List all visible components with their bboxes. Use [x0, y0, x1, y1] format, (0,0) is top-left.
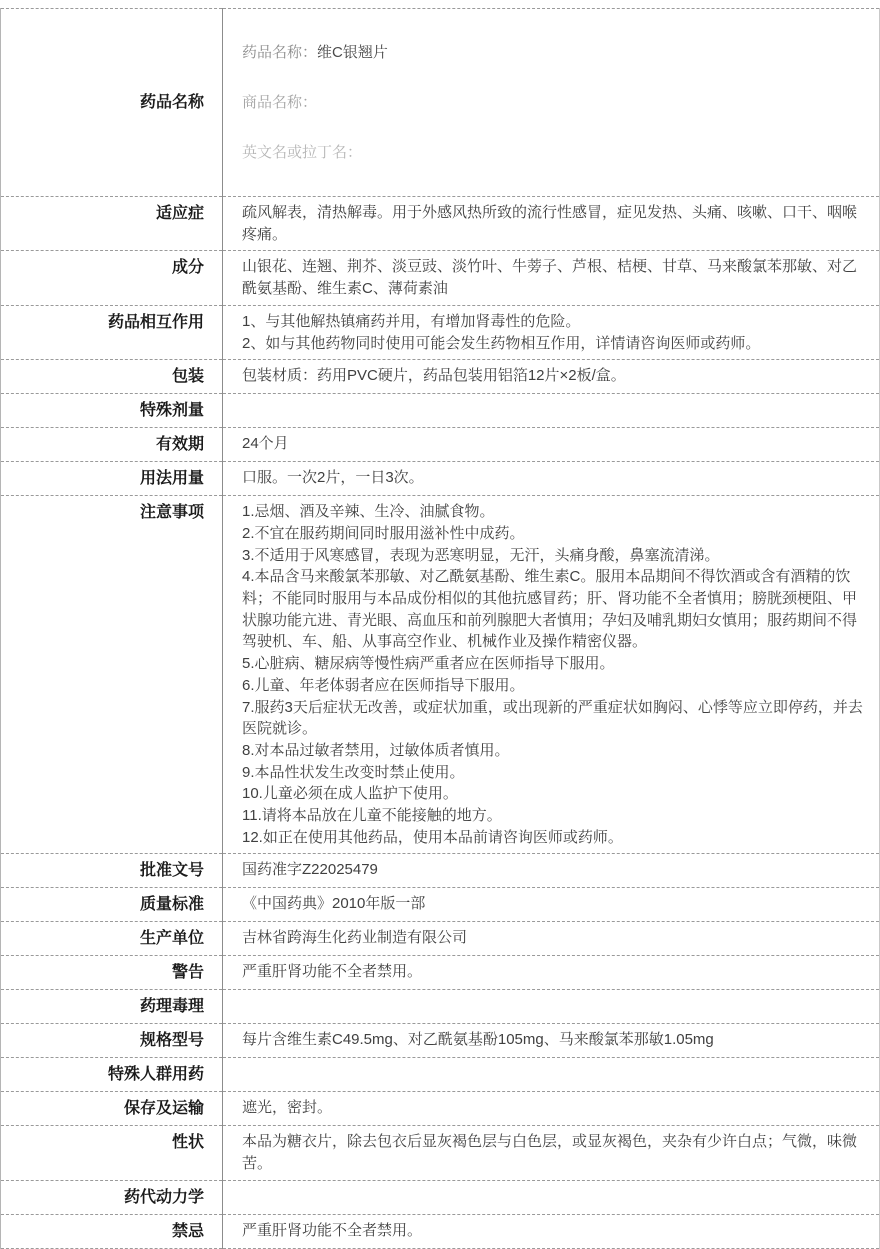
row-label: 批准文号	[1, 854, 223, 888]
row-label: 质量标准	[1, 888, 223, 922]
row-content	[223, 1058, 880, 1092]
table-row: 生产单位吉林省跨海生化药业制造有限公司	[1, 922, 880, 956]
row-label: 规格型号	[1, 1024, 223, 1058]
row-content: 严重肝肾功能不全者禁用。	[223, 956, 880, 990]
row-content	[223, 1180, 880, 1214]
table-row: 规格型号每片含维生素C49.5mg、对乙酰氨基酚105mg、马来酸氯苯那敏1.0…	[1, 1024, 880, 1058]
row-content: 口服。一次2片，一日3次。	[223, 462, 880, 496]
trade-name-prefix: 商品名称：	[242, 94, 317, 111]
table-row: 有效期24个月	[1, 428, 880, 462]
table-row: 警告严重肝肾功能不全者禁用。	[1, 956, 880, 990]
row-label: 包装	[1, 360, 223, 394]
row-content: 《中国药典》2010年版一部	[223, 888, 880, 922]
table-row: 适应症疏风解表，清热解毒。用于外感风热所致的流行性感冒，症见发热、头痛、咳嗽、口…	[1, 197, 880, 251]
row-label: 警告	[1, 956, 223, 990]
table-row: 药理毒理	[1, 990, 880, 1024]
drug-name-value: 维C银翘片	[317, 44, 388, 61]
row-label: 生产单位	[1, 922, 223, 956]
row-content: 严重肝肾功能不全者禁用。	[223, 1214, 880, 1248]
table-row: 性状本品为糖衣片，除去包衣后显灰褐色层与白色层，或显灰褐色，夹杂有少许白点；气微…	[1, 1126, 880, 1180]
latin-name-line: 英文名或拉丁名：	[242, 140, 865, 165]
row-label: 药品名称	[1, 9, 223, 197]
row-content	[223, 990, 880, 1024]
table-row: 质量标准《中国药典》2010年版一部	[1, 888, 880, 922]
row-content: 本品为糖衣片，除去包衣后显灰褐色层与白色层，或显灰褐色，夹杂有少许白点；气微，味…	[223, 1126, 880, 1180]
table-row-drug-name: 药品名称 药品名称：维C银翘片 商品名称： 英文名或拉丁名：	[1, 9, 880, 197]
trade-name-line: 商品名称：	[242, 90, 865, 115]
table-row: 禁忌严重肝肾功能不全者禁用。	[1, 1214, 880, 1248]
row-label: 特殊剂量	[1, 394, 223, 428]
table-row: 包装包装材质：药用PVC硬片，药品包装用铝箔12片×2板/盒。	[1, 360, 880, 394]
table-row: 注意事项1.忌烟、酒及辛辣、生冷、油腻食物。 2.不宜在服药期间同时服用滋补性中…	[1, 496, 880, 854]
latin-name-prefix: 英文名或拉丁名：	[242, 144, 362, 161]
table-row: 药代动力学	[1, 1180, 880, 1214]
row-label: 特殊人群用药	[1, 1058, 223, 1092]
table-row: 药品相互作用1、与其他解热镇痛药并用，有增加肾毒性的危险。 2、如与其他药物同时…	[1, 305, 880, 359]
drug-name-prefix: 药品名称：	[242, 44, 317, 61]
row-label: 性状	[1, 1126, 223, 1180]
drug-name-line: 药品名称：维C银翘片	[242, 40, 865, 65]
row-content: 疏风解表，清热解毒。用于外感风热所致的流行性感冒，症见发热、头痛、咳嗽、口干、咽…	[223, 197, 880, 251]
row-label: 禁忌	[1, 1214, 223, 1248]
row-content: 山银花、连翘、荆芥、淡豆豉、淡竹叶、牛蒡子、芦根、桔梗、甘草、马来酸氯苯那敏、对…	[223, 251, 880, 305]
table-row: 批准文号国药准字Z22025479	[1, 854, 880, 888]
row-content: 遮光，密封。	[223, 1092, 880, 1126]
row-content: 1、与其他解热镇痛药并用，有增加肾毒性的危险。 2、如与其他药物同时使用可能会发…	[223, 305, 880, 359]
row-label: 成分	[1, 251, 223, 305]
table-row: 成分山银花、连翘、荆芥、淡豆豉、淡竹叶、牛蒡子、芦根、桔梗、甘草、马来酸氯苯那敏…	[1, 251, 880, 305]
row-content: 1.忌烟、酒及辛辣、生冷、油腻食物。 2.不宜在服药期间同时服用滋补性中成药。 …	[223, 496, 880, 854]
row-label: 用法用量	[1, 462, 223, 496]
row-label: 药品相互作用	[1, 305, 223, 359]
row-content	[223, 394, 880, 428]
row-content: 24个月	[223, 428, 880, 462]
row-label: 注意事项	[1, 496, 223, 854]
drug-info-table: 药品名称 药品名称：维C银翘片 商品名称： 英文名或拉丁名： 适应症疏风解表，清…	[0, 8, 880, 1249]
table-row: 特殊人群用药	[1, 1058, 880, 1092]
table-row: 保存及运输遮光，密封。	[1, 1092, 880, 1126]
table-row: 特殊剂量	[1, 394, 880, 428]
row-content: 吉林省跨海生化药业制造有限公司	[223, 922, 880, 956]
row-content: 包装材质：药用PVC硬片，药品包装用铝箔12片×2板/盒。	[223, 360, 880, 394]
row-label: 适应症	[1, 197, 223, 251]
row-content: 每片含维生素C49.5mg、对乙酰氨基酚105mg、马来酸氯苯那敏1.05mg	[223, 1024, 880, 1058]
row-content: 国药准字Z22025479	[223, 854, 880, 888]
row-label: 药代动力学	[1, 1180, 223, 1214]
row-label: 有效期	[1, 428, 223, 462]
table-row: 用法用量口服。一次2片，一日3次。	[1, 462, 880, 496]
row-label: 保存及运输	[1, 1092, 223, 1126]
row-label: 药理毒理	[1, 990, 223, 1024]
row-content: 药品名称：维C银翘片 商品名称： 英文名或拉丁名：	[223, 9, 880, 197]
